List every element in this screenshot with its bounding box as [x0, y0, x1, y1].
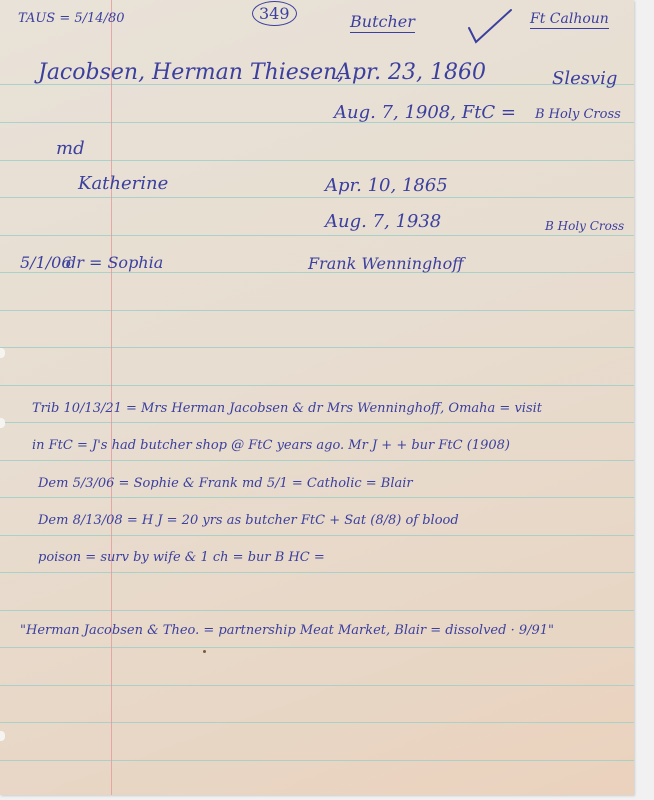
note-line-5: poison = surv by wife & 1 ch = bur B HC …	[38, 551, 325, 564]
rule-line	[0, 385, 634, 386]
rule-line	[0, 122, 634, 123]
rule-line	[0, 197, 634, 198]
rule-line	[0, 722, 634, 723]
person-burial: B Holy Cross	[535, 108, 621, 121]
spouse-birth-date: Apr. 10, 1865	[325, 177, 448, 195]
footer-quote: "Herman Jacobsen & Theo. = partnership M…	[20, 624, 554, 637]
rule-line	[0, 760, 634, 761]
spouse-name: Katherine	[78, 175, 168, 193]
occupation: Butcher	[350, 14, 415, 30]
rule-line	[0, 460, 634, 461]
note-line-4: Dem 8/13/08 = H J = 20 yrs as butcher Ft…	[38, 514, 459, 527]
rule-line	[0, 422, 634, 423]
child-marriage-date: 5/1/06	[20, 255, 72, 271]
child-spouse: Frank Wenninghoff	[308, 256, 464, 272]
child-label: dr = Sophia	[66, 255, 163, 271]
occupation-text: Butcher	[350, 12, 415, 33]
check-mark-icon	[465, 8, 515, 44]
spouse-burial: B Holy Cross	[545, 220, 624, 232]
spouse-label: md	[56, 140, 85, 158]
binder-hole	[0, 348, 5, 358]
notebook-page: TAUS = 5/14/80 349 Butcher Ft Calhoun Ja…	[0, 0, 634, 795]
rule-line	[0, 310, 634, 311]
location: Ft Calhoun	[530, 12, 609, 26]
person-birth-place: Slesvig	[552, 70, 617, 88]
ink-spot	[203, 650, 206, 653]
note-line-1: Trib 10/13/21 = Mrs Herman Jacobsen & dr…	[32, 402, 542, 415]
note-line-2: in FtC = J's had butcher shop @ FtC year…	[32, 439, 510, 452]
rule-line	[0, 572, 634, 573]
date-note: TAUS = 5/14/80	[18, 12, 124, 25]
rule-line	[0, 685, 634, 686]
rule-line	[0, 647, 634, 648]
location-text: Ft Calhoun	[530, 11, 609, 29]
rule-line	[0, 497, 634, 498]
rule-line	[0, 347, 634, 348]
page-number-circle: 349	[252, 1, 297, 26]
person-name: Jacobsen, Herman Thiesen,	[38, 62, 344, 84]
note-line-3: Dem 5/3/06 = Sophie & Frank md 5/1 = Cat…	[38, 477, 413, 490]
person-death-date: Aug. 7, 1908, FtC =	[334, 104, 516, 122]
person-birth-date: Apr. 23, 1860	[336, 62, 486, 84]
binder-hole	[0, 418, 5, 428]
rule-line	[0, 160, 634, 161]
spouse-death-date: Aug. 7, 1938	[325, 213, 441, 231]
rule-line	[0, 610, 634, 611]
rule-line	[0, 235, 634, 236]
binder-hole	[0, 731, 5, 741]
margin-line	[111, 0, 112, 795]
page-number: 349	[252, 6, 297, 22]
rule-line	[0, 535, 634, 536]
